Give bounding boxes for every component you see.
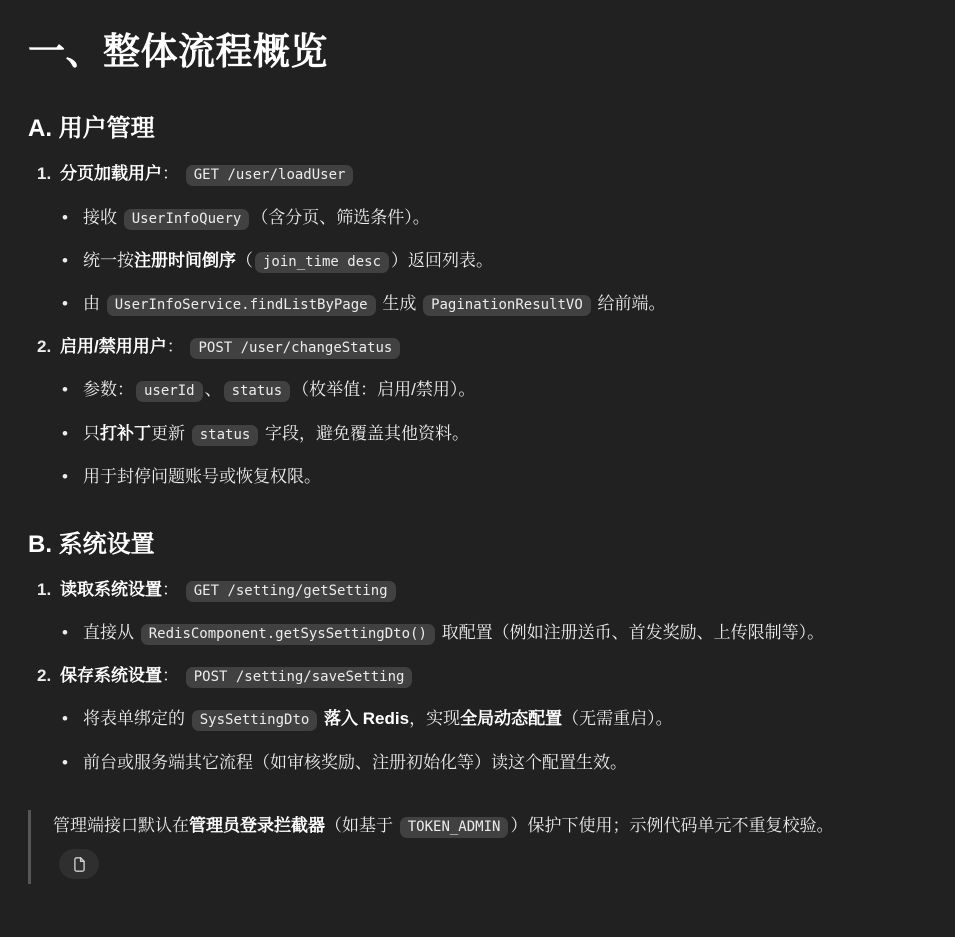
text-run: 将表单绑定的: [83, 709, 190, 728]
text-run: 接收: [83, 208, 122, 227]
bullet-item: 前台或服务端其它流程（如审核奖励、注册初始化等）读这个配置生效。: [83, 749, 927, 776]
text-run: ：: [162, 164, 184, 183]
inline-code: PaginationResultVO: [423, 295, 591, 316]
markdown-document: 一、整体流程概览 A. 用户管理 1.分页加载用户： GET /user/loa…: [0, 30, 955, 924]
bold-text: 全局动态配置: [460, 709, 562, 728]
text-run: 只: [83, 424, 100, 443]
section-a-heading: A. 用户管理: [28, 114, 927, 144]
text-run: ，实现: [409, 709, 460, 728]
copy-button[interactable]: [59, 849, 99, 879]
bold-text: 注册时间倒序: [134, 251, 236, 270]
bullet-text: 直接从 RedisComponent.getSysSettingDto() 取配…: [83, 623, 824, 642]
text-run: （如基于: [325, 816, 398, 835]
bullet-text: 参数：userId、status（枚举值：启用/禁用）。: [83, 380, 475, 399]
page-title: 一、整体流程概览: [28, 30, 927, 74]
list-item-save-setting: 2.保存系统设置： POST /setting/saveSetting 将表单绑…: [37, 662, 927, 776]
list-item-title: 保存系统设置： POST /setting/saveSetting: [60, 666, 414, 685]
text-run: 生成: [378, 294, 421, 313]
text-run: 更新: [151, 424, 190, 443]
bullet-text: 只打补丁更新 status 字段，避免覆盖其他资料。: [83, 424, 469, 443]
section-user-management: A. 用户管理 1.分页加载用户： GET /user/loadUser 接收 …: [28, 114, 927, 490]
section-b-heading: B. 系统设置: [28, 530, 927, 560]
bullet-item: 接收 UserInfoQuery（含分页、筛选条件）。: [83, 204, 927, 231]
bold-text: 保存系统设置: [60, 666, 162, 685]
text-run: ：: [162, 580, 184, 599]
text-run: 由: [83, 294, 105, 313]
bullet-item: 直接从 RedisComponent.getSysSettingDto() 取配…: [83, 619, 927, 646]
ordered-list-a: 1.分页加载用户： GET /user/loadUser 接收 UserInfo…: [28, 160, 927, 490]
text-run: 取配置（例如注册送币、首发奖励、上传限制等）。: [437, 623, 824, 642]
list-item-get-setting: 1.读取系统设置： GET /setting/getSetting 直接从 Re…: [37, 576, 927, 646]
list-item-change-status: 2.启用/禁用用户： POST /user/changeStatus 参数：us…: [37, 333, 927, 490]
list-item-title-row: 2.保存系统设置： POST /setting/saveSetting: [37, 662, 927, 689]
bullet-text: 将表单绑定的 SysSettingDto 落入 Redis，实现全局动态配置（无…: [83, 709, 673, 728]
inline-code: POST /user/changeStatus: [190, 338, 400, 359]
bold-text: 管理员登录拦截器: [189, 816, 325, 835]
text-run: 、: [205, 380, 222, 399]
bold-text: 打补丁: [100, 424, 151, 443]
inline-code: join_time desc: [255, 252, 389, 273]
list-item-title-row: 2.启用/禁用用户： POST /user/changeStatus: [37, 333, 927, 360]
bold-text: 启用/禁用用户: [60, 337, 167, 356]
bold-text: 分页加载用户: [60, 164, 162, 183]
inline-code: status: [192, 425, 259, 446]
list-marker: 1.: [37, 160, 60, 187]
bullet-list: 直接从 RedisComponent.getSysSettingDto() 取配…: [37, 619, 927, 646]
text-run: （: [236, 251, 253, 270]
inline-code: userId: [136, 381, 203, 402]
bold-text: 落入 Redis: [324, 709, 409, 728]
inline-code: RedisComponent.getSysSettingDto(): [141, 624, 435, 645]
list-marker: 2.: [37, 662, 60, 689]
inline-code: SysSettingDto: [192, 710, 318, 731]
text-run: （枚举值：启用/禁用）。: [292, 380, 475, 399]
text-run: 用于封停问题账号或恢复权限。: [83, 467, 321, 486]
list-marker: 1.: [37, 576, 60, 603]
text-run: 直接从: [83, 623, 139, 642]
inline-code: UserInfoService.findListByPage: [107, 295, 376, 316]
ordered-list-b: 1.读取系统设置： GET /setting/getSetting 直接从 Re…: [28, 576, 927, 776]
bullet-text: 统一按注册时间倒序（join_time desc）返回列表。: [83, 251, 493, 270]
text-run: ：: [167, 337, 189, 356]
inline-code: TOKEN_ADMIN: [400, 817, 509, 838]
list-marker: 2.: [37, 333, 60, 360]
list-item-title-row: 1.分页加载用户： GET /user/loadUser: [37, 160, 927, 187]
text-run: 字段，避免覆盖其他资料。: [260, 424, 469, 443]
section-system-settings: B. 系统设置 1.读取系统设置： GET /setting/getSettin…: [28, 530, 927, 776]
bullet-item: 参数：userId、status（枚举值：启用/禁用）。: [83, 376, 927, 403]
inline-code: POST /setting/saveSetting: [186, 667, 413, 688]
inline-code: UserInfoQuery: [124, 209, 250, 230]
bullet-text: 由 UserInfoService.findListByPage 生成 Pagi…: [83, 294, 666, 313]
text-run: ）返回列表。: [391, 251, 493, 270]
bullet-list: 参数：userId、status（枚举值：启用/禁用）。 只打补丁更新 stat…: [37, 376, 927, 490]
bullet-item: 用于封停问题账号或恢复权限。: [83, 463, 927, 490]
bullet-text: 接收 UserInfoQuery（含分页、筛选条件）。: [83, 208, 430, 227]
text-run: （含分页、筛选条件）。: [251, 208, 430, 227]
list-item-title: 启用/禁用用户： POST /user/changeStatus: [60, 337, 402, 356]
inline-code: GET /setting/getSetting: [186, 581, 396, 602]
text-run: 统一按: [83, 251, 134, 270]
bullet-text: 前台或服务端其它流程（如审核奖励、注册初始化等）读这个配置生效。: [83, 753, 627, 772]
text-run: ：: [162, 666, 184, 685]
list-item-title: 读取系统设置： GET /setting/getSetting: [60, 580, 398, 599]
bullet-item: 由 UserInfoService.findListByPage 生成 Pagi…: [83, 290, 927, 317]
bullet-item: 将表单绑定的 SysSettingDto 落入 Redis，实现全局动态配置（无…: [83, 705, 927, 732]
text-run: （无需重启）。: [562, 709, 673, 728]
list-item-load-user: 1.分页加载用户： GET /user/loadUser 接收 UserInfo…: [37, 160, 927, 317]
bullet-text: 用于封停问题账号或恢复权限。: [83, 467, 321, 486]
blockquote-text: 管理端接口默认在管理员登录拦截器（如基于 TOKEN_ADMIN）保护下使用；示…: [53, 812, 927, 839]
text-run: 参数：: [83, 380, 134, 399]
bullet-item: 只打补丁更新 status 字段，避免覆盖其他资料。: [83, 420, 927, 447]
list-item-title-row: 1.读取系统设置： GET /setting/getSetting: [37, 576, 927, 603]
text-run: 前台或服务端其它流程（如审核奖励、注册初始化等）读这个配置生效。: [83, 753, 627, 772]
bold-text: 读取系统设置: [60, 580, 162, 599]
text-run: ）保护下使用；示例代码单元不重复校验。: [510, 816, 833, 835]
admin-note-blockquote: 管理端接口默认在管理员登录拦截器（如基于 TOKEN_ADMIN）保护下使用；示…: [28, 810, 927, 884]
copy-file-icon: [71, 855, 88, 874]
inline-code: status: [224, 381, 291, 402]
bullet-list: 将表单绑定的 SysSettingDto 落入 Redis，实现全局动态配置（无…: [37, 705, 927, 775]
bullet-list: 接收 UserInfoQuery（含分页、筛选条件）。 统一按注册时间倒序（jo…: [37, 204, 927, 318]
inline-code: GET /user/loadUser: [186, 165, 354, 186]
text-run: 给前端。: [593, 294, 666, 313]
bullet-item: 统一按注册时间倒序（join_time desc）返回列表。: [83, 247, 927, 274]
text-run: 管理端接口默认在: [53, 816, 189, 835]
list-item-title: 分页加载用户： GET /user/loadUser: [60, 164, 355, 183]
